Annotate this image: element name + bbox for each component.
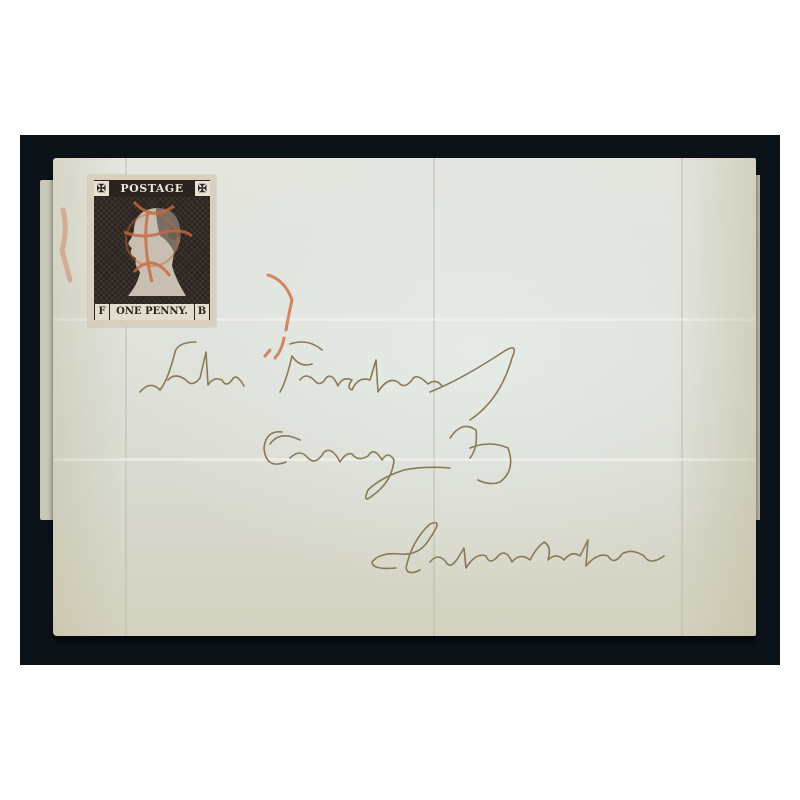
stamp-top-label: ✠ POSTAGE ✠ <box>94 180 210 197</box>
corner-ornament-icon: ✠ <box>94 181 109 196</box>
penny-black-stamp: ✠ POSTAGE ✠ F ONE PENNY. B <box>88 175 216 327</box>
stamp-value-text: ONE PENNY. <box>110 304 194 320</box>
fold-line <box>433 158 435 636</box>
queen-victoria-portrait <box>116 200 190 300</box>
fold-line <box>53 458 756 461</box>
check-letter-right: B <box>194 304 210 320</box>
check-letter-left: F <box>94 304 110 320</box>
fold-line <box>681 158 683 636</box>
stamp-design: ✠ POSTAGE ✠ F ONE PENNY. B <box>94 180 210 320</box>
stamp-postage-text: POSTAGE <box>120 182 183 195</box>
corner-ornament-icon: ✠ <box>195 181 210 196</box>
stamp-value-label: F ONE PENNY. B <box>94 304 210 320</box>
